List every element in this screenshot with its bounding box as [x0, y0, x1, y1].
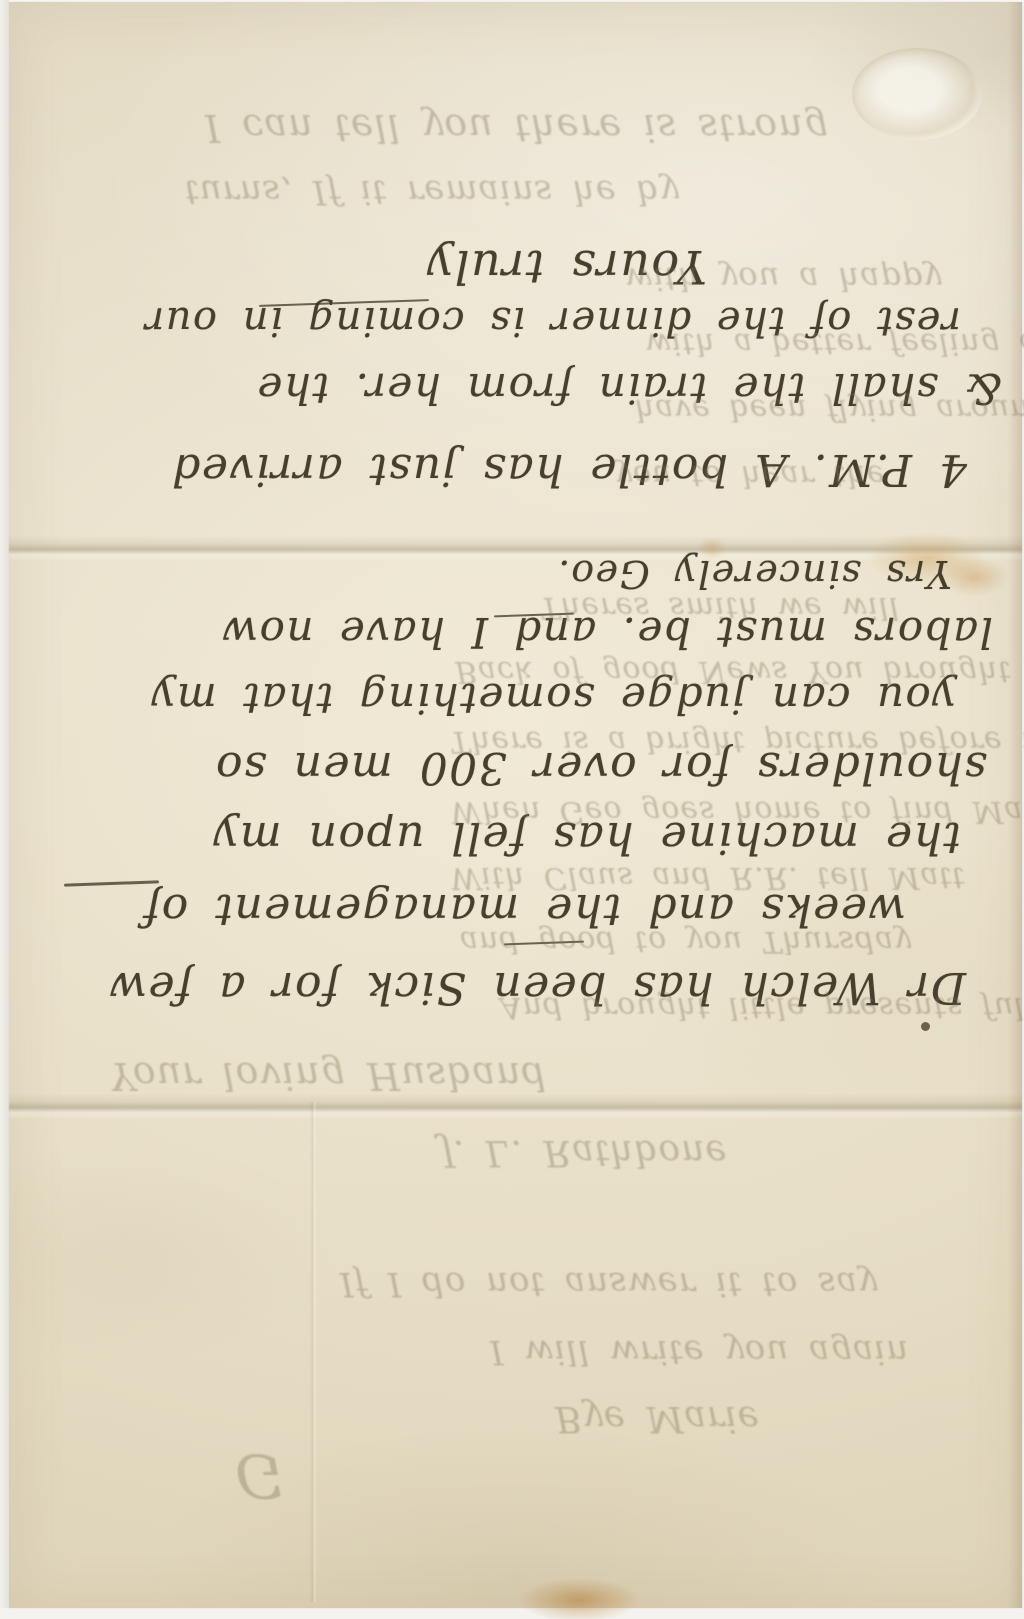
ghost-line: have been flying around [635, 392, 967, 427]
ghost-line: Your loving Husband [110, 1054, 612, 1098]
ghost-line: G [235, 1440, 325, 1510]
ghost-line: I can tell you there is strong [205, 106, 947, 150]
scan-background-bottom-edge [0, 1608, 1024, 1619]
ghost-line: When Geo goes home to find Maud [450, 794, 972, 829]
ghost-line: Theres smith we will [540, 590, 842, 625]
letter-paper: Yours truly rest of the dinner is coming… [9, 2, 1022, 1608]
ghost-line: you to hear the [615, 458, 967, 493]
ghost-line: With Claus and R.R. tell Matt [450, 860, 972, 895]
scanned-letter: Yours truly rest of the dinner is coming… [0, 0, 1024, 1619]
ghost-line: Bye Marie [555, 1398, 767, 1439]
scan-background-left-edge [0, 0, 9, 1619]
vertical-wrinkle [309, 1102, 317, 1602]
ghost-line: Back of good News You brought [455, 654, 967, 689]
paper-right-shadow [1008, 2, 1022, 1608]
ghost-line: There is a bright picture before me [450, 724, 972, 759]
ghost-line: with you a happy [625, 260, 957, 298]
ghost-line: with a better feeling over the [645, 326, 967, 361]
ghost-line: turns, If it remains he by [185, 172, 877, 212]
ghost-line: And brought little presents full of [500, 990, 1002, 1025]
ghost-line: If I do not answer it to say [340, 1264, 922, 1304]
ghost-line: and good to you Thursday [460, 924, 992, 959]
ghost-line: J. L. Rathbone [440, 1132, 762, 1173]
ghost-line: I will write you again [490, 1332, 812, 1372]
